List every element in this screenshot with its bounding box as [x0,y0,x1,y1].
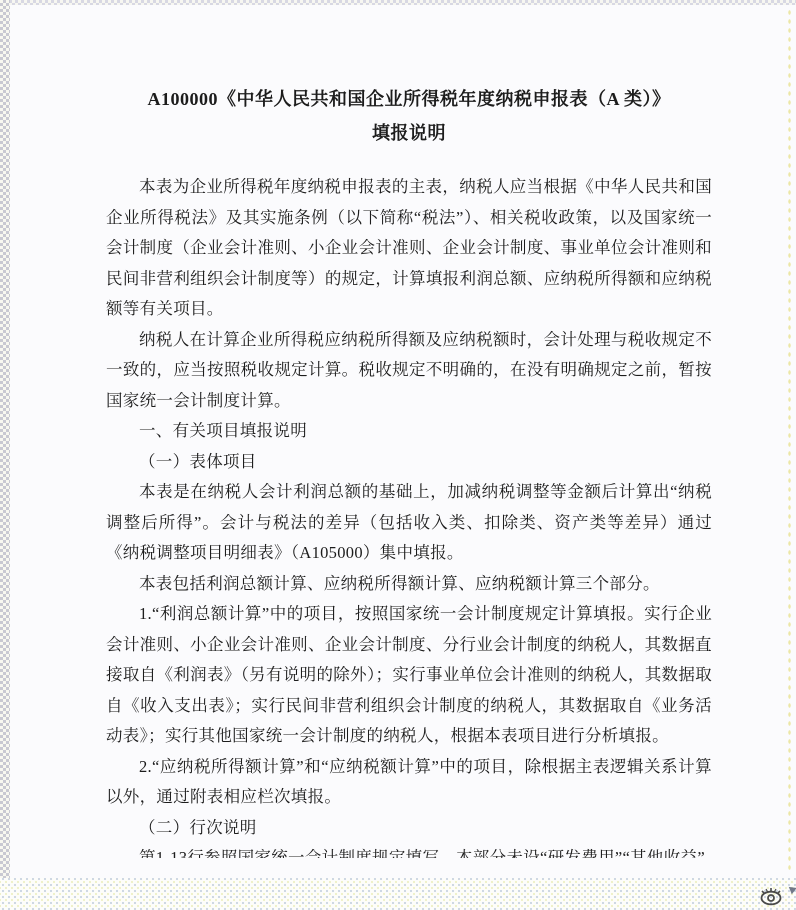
title-line-2: 填报说明 [106,116,712,150]
paragraph-tax-rule: 纳税人在计算企业所得税应纳税所得额及应纳税额时，会计处理与税收规定不一致的，应当… [106,325,712,417]
paragraph-table-body: 本表是在纳税人会计利润总额的基础上，加减纳税调整等金额后计算出“纳税调整后所得”… [106,477,712,569]
section-heading-1: 一、有关项目填报说明 [106,416,712,447]
document-content: A100000《中华人民共和国企业所得税年度纳税申报表（A 类）》 填报说明 本… [106,0,712,858]
paragraph-taxable-income: 2.“应纳税所得额计算”和“应纳税额计算”中的项目，除根据主表逻辑关系计算以外，… [106,752,712,813]
paragraph-three-parts: 本表包括利润总额计算、应纳税所得额计算、应纳税额计算三个部分。 [106,569,712,600]
document-page: A100000《中华人民共和国企业所得税年度纳税申报表（A 类）》 填报说明 本… [0,0,796,878]
title-line-1: A100000《中华人民共和国企业所得税年度纳税申报表（A 类）》 [106,82,712,116]
paragraph-profit-total: 1.“利润总额计算”中的项目，按照国家统一会计制度规定计算填报。实行企业会计准则… [106,599,712,752]
section-heading-1-2: （二）行次说明 [106,813,712,844]
paragraph-rows-clipped: 第1-13行参照国家统一会计制度规定填写，本部分未设“研发费用”“其他收益” [106,843,712,858]
paragraph-intro: 本表为企业所得税年度纳税申报表的主表，纳税人应当根据《中华人民共和国企业所得税法… [106,172,712,325]
eye-icon-svg [757,883,789,907]
section-heading-1-1: （一）表体项目 [106,447,712,478]
eye-icon[interactable] [757,883,789,907]
page-right-dots [787,8,793,873]
document-title: A100000《中华人民共和国企业所得税年度纳税申报表（A 类）》 填报说明 [106,82,712,150]
page-left-border [0,0,10,878]
